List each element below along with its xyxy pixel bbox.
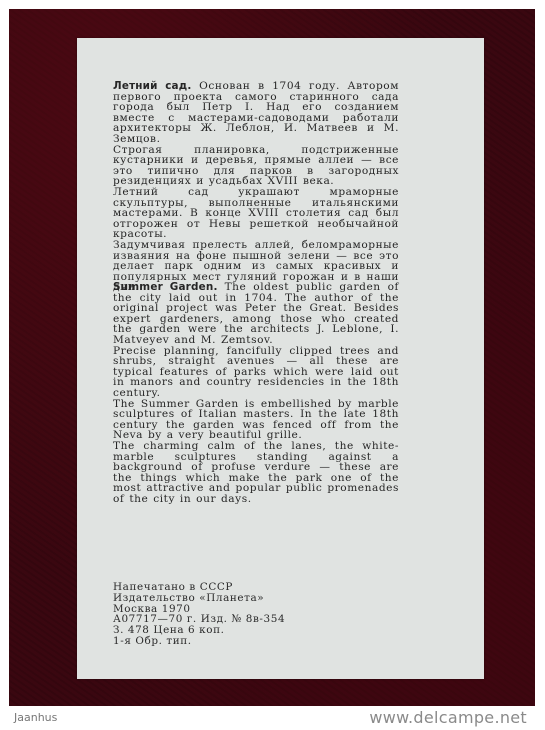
english-description: Summer Garden. The oldest public garden …	[113, 282, 399, 504]
russian-paragraph: Летний сад. Основан в 1704 году. Автором…	[113, 81, 399, 145]
site-watermark: www.delcampe.net	[369, 708, 527, 727]
russian-description: Летний сад. Основан в 1704 году. Автором…	[113, 81, 399, 293]
seller-watermark: Jaanhus	[14, 711, 57, 724]
english-paragraph: The charming calm of the lanes, the whit…	[113, 441, 399, 505]
english-paragraph: Precise planning, fancifully clipped tre…	[113, 346, 399, 399]
publisher-imprint: Напечатано в СССР Издательство «Планета»…	[113, 582, 285, 647]
imprint-line: 1-я Обр. тип.	[113, 636, 285, 647]
russian-paragraph: Строгая планировка, подстриженные кустар…	[113, 145, 399, 187]
english-paragraph: Summer Garden. The oldest public garden …	[113, 282, 399, 346]
russian-paragraph: Летний сад украшают мраморные скульптуры…	[113, 187, 399, 240]
postcard-back: Летний сад. Основан в 1704 году. Автором…	[77, 38, 484, 679]
english-paragraph: The Summer Garden is embellished by marb…	[113, 399, 399, 441]
imprint-line: Издательство «Планета»	[113, 593, 285, 604]
